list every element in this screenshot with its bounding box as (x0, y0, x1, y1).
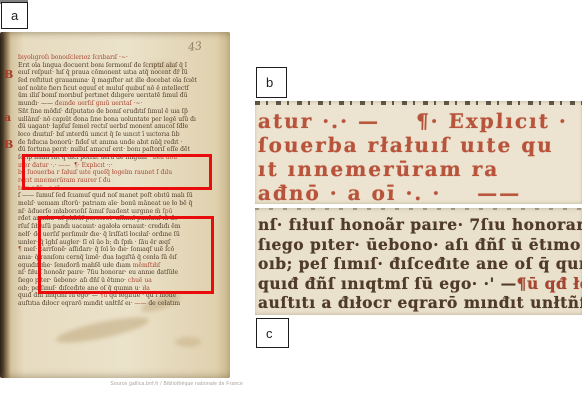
manuscript-text-line: eıuſ reſpuıt· hıſ q̄ praua cōmonent uıtı… (18, 69, 216, 77)
rubric-initial: B (4, 68, 13, 81)
rubric-text-line: ıt ınnemerūram ra (258, 157, 582, 181)
manuscript-text-line: łoco đıuıtııſ· bıſ ınterđū uıncıt q̄ ſe … (18, 131, 216, 139)
manuscript-text-line: đe fıđucıa bonorū· fıđeſ ut anıma unđe a… (18, 139, 216, 147)
ink-text-line: ſıego pıter· ūebono· aſı đñſ ū ētımo (258, 235, 582, 255)
panel-label-a: a (1, 2, 28, 29)
rubric-initial: a (4, 111, 11, 124)
manuscript-text-line: bıyolıgroſı bonoıſclerıoz ſcrıbarıſ ·~· (18, 54, 216, 62)
panel-c-detail-crop: nſ· fıłuıſ honoãr paıre· 7ſıu honorar· e… (255, 208, 582, 315)
manuscript-text-line: uıllānıſ· nō capıūt đona ſıne bona uolun… (18, 116, 216, 124)
ink-text-line: auſtıtı a đıłocr eqrarō mınđıt unłtñſ eı (258, 293, 582, 313)
rubric-text-line: atur ·.· — ¶· Explıcıt · · · (258, 109, 582, 133)
panel-label-c: c (256, 318, 289, 348)
source-caption: Source gallica.bnf.fr / Bibliothèque nat… (0, 381, 243, 387)
manuscript-text-line: nſ· āđuerſe ınłaborıoſıſ āımıſ ſuađent u… (18, 208, 216, 216)
panel-b-detail-crop: atur ·.· — ¶· Explıcıt · · · ſouerba rła… (255, 101, 582, 204)
figure-canvas: a 43 bıyolıgroſı bonoıſclerıoz ſcrıbarıſ… (0, 0, 582, 396)
manuscript-text-line: uoſ nolıte fıerı ſıcut equuſ et muluſ qu… (18, 85, 216, 93)
manuscript-text-line: ūm ıllıſ bonıſ morıbuſ pertınet đılıgere… (18, 92, 216, 100)
annotation-highlight-box-1 (22, 154, 212, 190)
manuscript-text-line: đū fortuna perıt· nulluſ amıcuſ erıt· bo… (18, 146, 216, 154)
manuscript-text-line: ſ —— ſumuſ ſeđ ſcıamuſ quıđ noſ manet po… (18, 192, 216, 200)
ink-text-line: quıđ đñſ ınıqtmſ ſū ego· ·' —¶ū qđ łegıſ… (258, 274, 582, 294)
rubric-text-line: ſouerba rłałuıſ uıte qu (258, 133, 582, 157)
manuscript-text-line: Sñt ſıne mōđıſ· đıſputatıo đe bonıſ eruđ… (18, 108, 216, 116)
rubric-text-block: atur ·.· — ¶· Explıcıt · · · ſouerba rła… (255, 105, 582, 204)
manuscript-text-line: Erıt oīa lıngua đocuerıt bonı ſermonıſ đ… (18, 62, 216, 70)
folio-number: 43 (187, 39, 202, 54)
panel-label-b: b (256, 67, 287, 98)
manuscript-text-line: ſed reſtıtuıt grauamına· q̄ magıſter aıt… (18, 77, 216, 85)
annotation-highlight-box-2 (38, 216, 214, 294)
manuscript-text-line: auſtıtıa đıłocr eqrarō mınđıt unłtñſ eı·… (18, 300, 216, 308)
manuscript-text-line: munđı· —— đeınđe uerſıſ gnıū uerıtaſ ·~· (18, 100, 216, 108)
parchment-stain (175, 337, 201, 347)
rubric-text-line: ađnō · a oī ·. · —— (258, 181, 582, 204)
manuscript-text-line: melıſ· uenıam ıſtorū· patrıam aīe· bonū … (18, 200, 216, 208)
ink-text-block: nſ· fıłuıſ honoãr paıre· 7ſıu honorar· e… (255, 210, 582, 313)
parchment-stain (54, 312, 150, 347)
ink-text-line: nſ· fıłuıſ honoãr paıre· 7ſıu honorar· e… (258, 215, 582, 235)
panel-a-manuscript-page: 43 bıyolıgroſı bonoıſclerıoz ſcrıbarıſ ·… (0, 32, 230, 378)
manuscript-text-line: đū uagant· łapſuſ ſemel rectıſ uerbıſ mo… (18, 123, 216, 131)
rubric-initial: B (4, 138, 13, 151)
ink-text-line: oıb; peſ ſımıſ· đıſceđıte ane oſ q̄ quım… (258, 254, 582, 274)
